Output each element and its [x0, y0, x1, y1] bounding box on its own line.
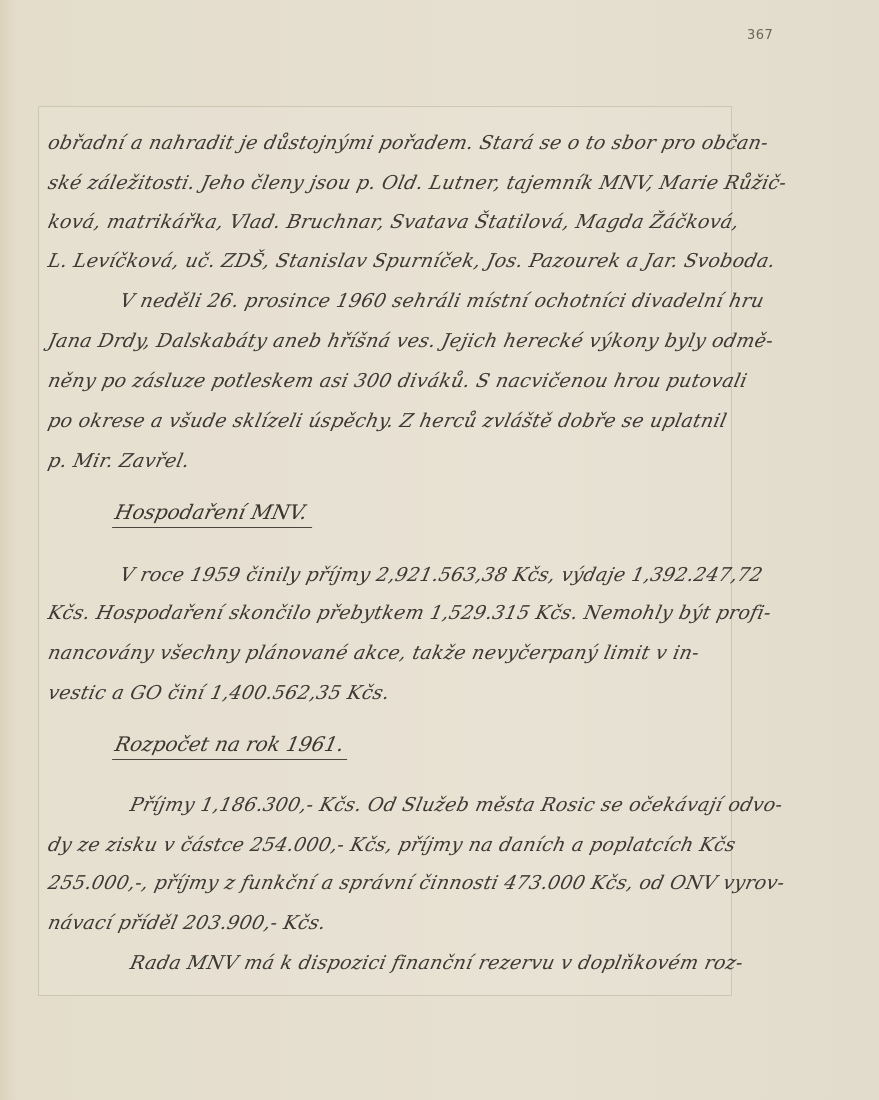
- text-line: ské záležitosti. Jeho členy jsou p. Old.…: [46, 172, 741, 194]
- document-page: 367 obřadní a nahradit je důstojnými poř…: [0, 0, 879, 1100]
- text-line: dy ze zisku v částce 254.000,- Kčs, příj…: [46, 834, 741, 856]
- text-line: 255.000,-, příjmy z funkční a správní či…: [46, 872, 741, 894]
- text-line: V neděli 26. prosince 1960 sehráli místn…: [118, 290, 813, 312]
- text-line: L. Levíčková, uč. ZDŠ, Stanislav Spurníč…: [46, 250, 741, 272]
- text-line: Příjmy 1,186.300,- Kčs. Od Služeb města …: [128, 794, 823, 816]
- text-line: p. Mir. Zavřel.: [46, 450, 741, 472]
- text-line: Rada MNV má k dispozici finanční rezervu…: [128, 952, 823, 974]
- text-line: vestic a GO činí 1,400.562,35 Kčs.: [46, 682, 741, 704]
- section-heading-hospodareni: Hospodaření MNV.: [112, 500, 318, 528]
- text-line: ková, matrikářka, Vlad. Bruchnar, Svatav…: [46, 211, 741, 233]
- text-line: obřadní a nahradit je důstojnými pořadem…: [46, 132, 741, 154]
- text-line: po okrese a všude sklízeli úspěchy. Z he…: [46, 410, 741, 432]
- page-number: 367: [747, 28, 773, 43]
- text-line: Jana Drdy, Dalskabáty aneb hříšná ves. J…: [46, 330, 741, 352]
- ruled-text-frame: [38, 106, 732, 996]
- text-line: Kčs. Hospodaření skončilo přebytkem 1,52…: [46, 602, 741, 624]
- text-line: návací příděl 203.900,- Kčs.: [46, 912, 741, 934]
- text-line: V roce 1959 činily příjmy 2,921.563,38 K…: [118, 564, 813, 586]
- section-heading-rozpocet: Rozpočet na rok 1961.: [112, 732, 353, 760]
- text-line: něny po zásluze potleskem asi 300 diváků…: [46, 370, 741, 392]
- text-line: nancovány všechny plánované akce, takže …: [46, 642, 741, 664]
